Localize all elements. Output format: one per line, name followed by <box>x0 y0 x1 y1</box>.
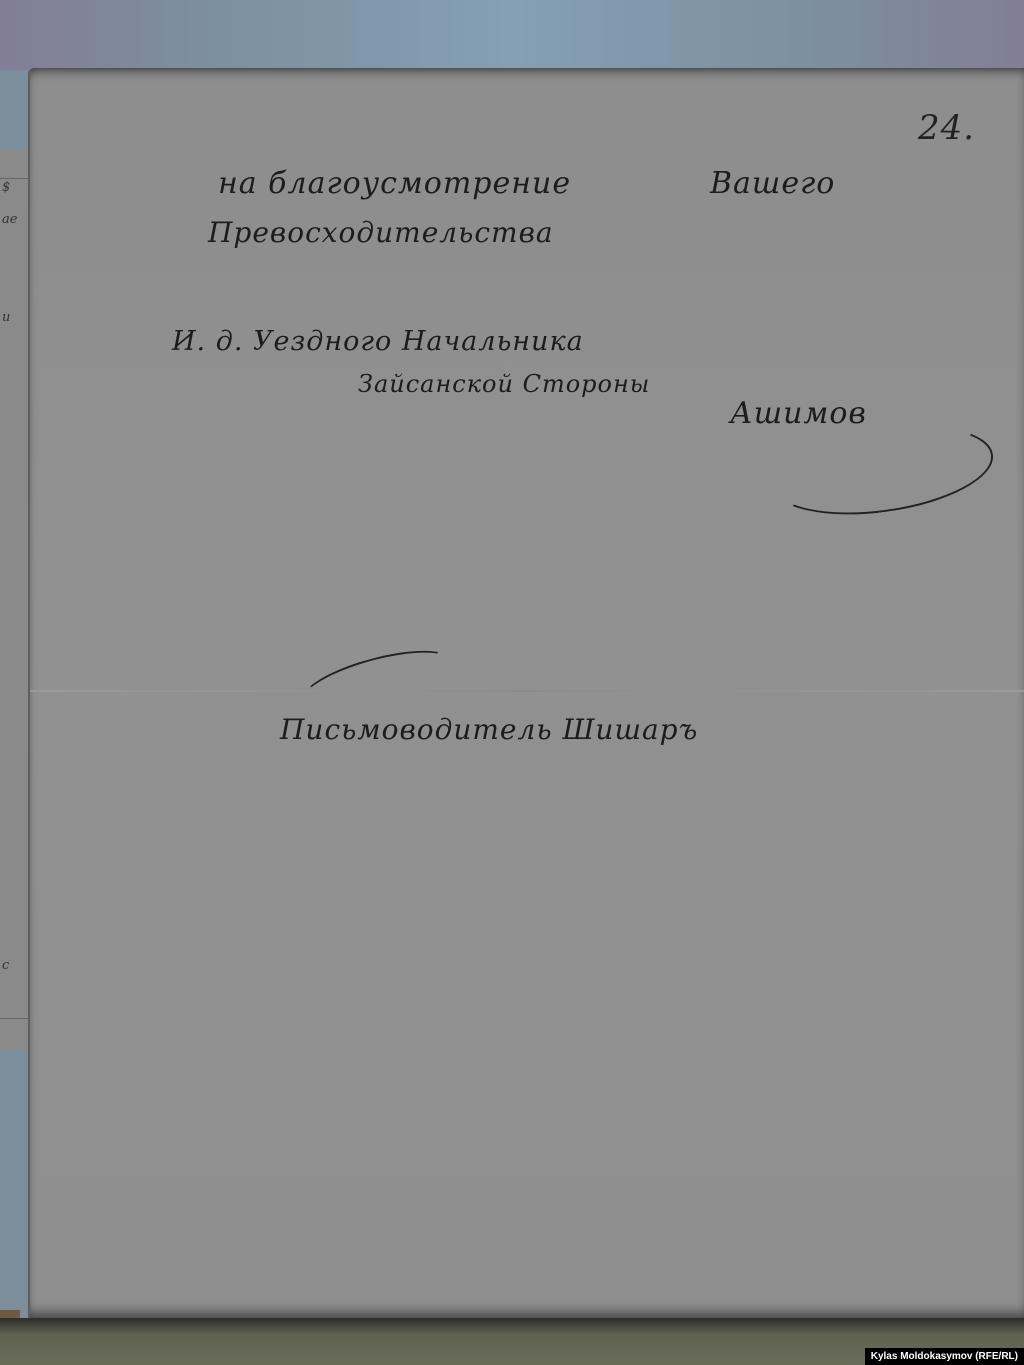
handwritten-line: Превосходительства <box>208 216 554 249</box>
margin-rule <box>0 1018 30 1019</box>
margin-fragment: и <box>2 310 10 325</box>
paper-fold-line <box>30 690 1024 692</box>
margin-fragment: $ <box>2 180 10 195</box>
signature: Ашимов <box>730 396 867 431</box>
handwritten-line: на благоусмотрение <box>218 166 571 201</box>
page-number: 24. <box>918 108 975 148</box>
handwritten-title: Зайсанской Стороны <box>358 370 650 398</box>
handwritten-title: И. д. Уездного Начальника <box>172 326 584 357</box>
margin-fragment: c <box>2 958 9 973</box>
margin-fragment: ae <box>2 212 17 227</box>
clerk-signature: Письмоводитель Шишаръ <box>280 713 698 746</box>
handwritten-line: Вашего <box>710 166 835 201</box>
background-surface <box>0 0 1024 70</box>
margin-rule <box>0 178 30 179</box>
photo-credit: Kylas Moldokasymov (RFE/RL) <box>865 1348 1024 1365</box>
signature-flourish <box>297 639 457 721</box>
document-page: 24. на благоусмотрение Вашего Превосходи… <box>28 68 1024 1318</box>
